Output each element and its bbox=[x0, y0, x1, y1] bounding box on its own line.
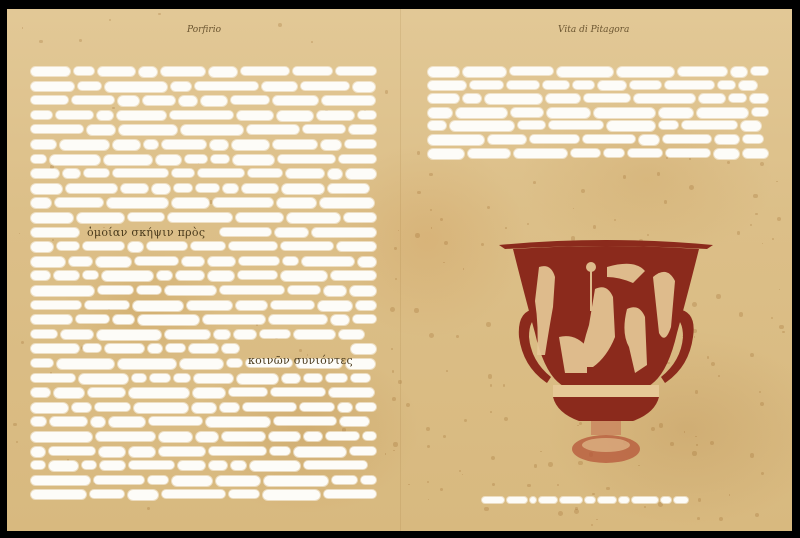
redacted-word bbox=[350, 447, 376, 455]
redacted-text-line bbox=[31, 301, 376, 310]
redacted-word bbox=[174, 374, 190, 382]
redacted-word bbox=[109, 417, 145, 427]
redacted-word bbox=[353, 82, 375, 92]
redacted-word bbox=[250, 461, 300, 471]
redacted-word bbox=[31, 359, 53, 367]
redacted-word bbox=[128, 213, 164, 221]
redacted-word bbox=[674, 497, 688, 503]
redacted-word bbox=[31, 461, 45, 469]
redacted-word bbox=[105, 344, 144, 353]
redacted-word bbox=[134, 403, 188, 413]
redacted-word bbox=[339, 330, 364, 339]
redacted-word bbox=[113, 315, 134, 324]
redacted-word bbox=[31, 490, 86, 499]
redacted-word bbox=[195, 82, 258, 90]
redacted-word bbox=[31, 447, 45, 457]
redacted-word bbox=[530, 135, 579, 143]
redacted-word bbox=[326, 374, 347, 382]
redacted-word bbox=[31, 228, 79, 237]
redacted-word bbox=[269, 432, 300, 441]
redacted-word bbox=[91, 417, 105, 427]
redacted-word bbox=[133, 301, 183, 311]
redacted-word bbox=[263, 490, 320, 500]
redacted-word bbox=[546, 94, 580, 103]
redacted-word bbox=[129, 447, 155, 457]
redacted-word bbox=[303, 125, 345, 133]
redacted-text-line bbox=[31, 184, 376, 193]
redacted-text-line bbox=[428, 67, 768, 76]
redacted-word bbox=[118, 96, 139, 106]
redacted-word bbox=[743, 149, 768, 158]
redacted-word bbox=[192, 403, 216, 413]
redacted-word bbox=[234, 330, 256, 339]
redacted-word bbox=[428, 121, 446, 130]
redacted-word bbox=[161, 67, 205, 76]
redacted-word bbox=[328, 184, 369, 193]
redacted-word bbox=[573, 81, 594, 89]
redacted-word bbox=[511, 108, 543, 117]
redacted-word bbox=[31, 257, 65, 267]
redacted-word bbox=[213, 198, 273, 207]
redacted-word bbox=[129, 461, 174, 469]
redacted-word bbox=[731, 67, 747, 77]
redacted-word bbox=[666, 149, 710, 157]
redacted-word bbox=[139, 67, 157, 77]
redacted-word bbox=[79, 374, 128, 384]
redacted-word bbox=[277, 111, 313, 121]
redacted-word bbox=[312, 228, 376, 237]
redacted-text-line bbox=[31, 330, 376, 339]
redacted-word bbox=[179, 96, 197, 106]
redacted-word bbox=[549, 121, 603, 129]
redacted-word bbox=[229, 388, 267, 396]
redacted-word bbox=[358, 257, 376, 267]
redacted-word bbox=[229, 490, 259, 498]
redacted-word bbox=[239, 257, 279, 265]
redacted-word bbox=[571, 149, 600, 157]
redacted-word bbox=[236, 301, 267, 310]
redacted-word bbox=[60, 140, 109, 150]
redacted-word bbox=[331, 315, 349, 325]
redacted-word bbox=[170, 111, 233, 119]
redacted-word bbox=[332, 476, 357, 484]
redacted-word bbox=[61, 330, 93, 339]
redacted-word bbox=[159, 432, 192, 442]
redacted-word bbox=[557, 67, 613, 77]
redacted-word bbox=[304, 374, 322, 382]
book-spread: Porfirio ὁμοίαν σκήψιν πρὸς κοινῶν συνιό… bbox=[7, 9, 792, 531]
redacted-word bbox=[340, 417, 369, 426]
redacted-word bbox=[113, 140, 140, 150]
redacted-word bbox=[247, 125, 299, 134]
redacted-word bbox=[31, 155, 46, 163]
redacted-word bbox=[57, 242, 79, 250]
redacted-word bbox=[318, 301, 352, 311]
redacted-word bbox=[271, 301, 314, 309]
redacted-word bbox=[236, 213, 283, 222]
redacted-word bbox=[88, 388, 125, 397]
redacted-word bbox=[607, 121, 655, 131]
redacted-word bbox=[619, 497, 629, 503]
redacted-word bbox=[63, 169, 80, 178]
redacted-word bbox=[185, 155, 207, 163]
redacted-word bbox=[148, 476, 168, 484]
redacted-word bbox=[98, 67, 135, 76]
redacted-text-line bbox=[31, 315, 376, 324]
redacted-word bbox=[143, 96, 175, 105]
redacted-word bbox=[275, 228, 308, 237]
redacted-word bbox=[162, 140, 206, 149]
redacted-word bbox=[543, 81, 569, 89]
redacted-word bbox=[150, 374, 170, 382]
redacted-word bbox=[264, 476, 328, 486]
redacted-word bbox=[56, 111, 93, 119]
redacted-word bbox=[138, 315, 199, 325]
redacted-word bbox=[74, 67, 94, 75]
redacted-word bbox=[632, 497, 658, 503]
redacted-word bbox=[715, 135, 739, 144]
right-text-block bbox=[428, 67, 768, 167]
redacted-word bbox=[463, 67, 506, 77]
redacted-word bbox=[344, 213, 376, 222]
redacted-word bbox=[302, 257, 354, 266]
left-page: Porfirio ὁμοίαν σκήψιν πρὸς κοινῶν συνιό… bbox=[7, 9, 400, 531]
redacted-text-line bbox=[428, 81, 768, 90]
redacted-word bbox=[31, 198, 51, 208]
redacted-word bbox=[699, 94, 725, 103]
redacted-word bbox=[104, 155, 152, 165]
running-head-left: Porfirio bbox=[187, 25, 221, 35]
redacted-word bbox=[585, 497, 595, 503]
redacted-word bbox=[85, 301, 129, 309]
redacted-word bbox=[147, 242, 187, 250]
redacted-word bbox=[428, 94, 459, 103]
redacted-word bbox=[274, 417, 336, 425]
redacted-word bbox=[752, 108, 768, 116]
redacted-word bbox=[300, 403, 334, 411]
redacted-word bbox=[428, 135, 484, 145]
redacted-word bbox=[178, 461, 205, 470]
redacted-word bbox=[94, 476, 144, 484]
redacted-word bbox=[361, 476, 376, 484]
redacted-word bbox=[428, 67, 459, 77]
redacted-word bbox=[659, 121, 678, 129]
redacted-word bbox=[363, 432, 376, 440]
redacted-word bbox=[351, 344, 376, 354]
redacted-word bbox=[331, 271, 376, 280]
redacted-word bbox=[129, 388, 189, 398]
redacted-word bbox=[231, 461, 246, 470]
redacted-word bbox=[209, 447, 266, 455]
redacted-word bbox=[135, 257, 178, 265]
redacted-word bbox=[243, 403, 296, 411]
redacted-word bbox=[328, 169, 342, 179]
redacted-word bbox=[149, 417, 202, 425]
caption-line-redacted bbox=[482, 497, 688, 503]
redacted-text-line bbox=[31, 111, 376, 120]
red-figure-krater-icon bbox=[495, 237, 717, 469]
redacted-word bbox=[304, 461, 367, 469]
redacted-word bbox=[105, 82, 167, 92]
redacted-word bbox=[714, 149, 739, 159]
redacted-text-line bbox=[31, 140, 376, 149]
redacted-word bbox=[87, 125, 115, 135]
redacted-word bbox=[248, 169, 282, 177]
redacted-word bbox=[55, 198, 103, 207]
redacted-text-line bbox=[31, 374, 376, 383]
redacted-word bbox=[271, 388, 325, 396]
redacted-text-line bbox=[31, 96, 376, 105]
redacted-text-line bbox=[428, 94, 768, 103]
redacted-word bbox=[137, 286, 161, 294]
redacted-word bbox=[31, 476, 90, 485]
redacted-word bbox=[338, 403, 352, 412]
redacted-word bbox=[187, 301, 232, 310]
redacted-word bbox=[31, 67, 70, 76]
redacted-word bbox=[663, 135, 711, 143]
redacted-word bbox=[100, 461, 125, 470]
redacted-word bbox=[304, 432, 322, 441]
redacted-word bbox=[54, 271, 79, 280]
redacted-word bbox=[165, 330, 210, 339]
redacted-word bbox=[211, 155, 229, 163]
redacted-word bbox=[171, 82, 191, 91]
redacted-word bbox=[31, 301, 81, 309]
redacted-word bbox=[31, 330, 57, 338]
redacted-word bbox=[174, 184, 192, 192]
redacted-word bbox=[31, 432, 92, 442]
running-head-right: Vita di Pitagora bbox=[558, 25, 629, 35]
redacted-word bbox=[584, 94, 630, 102]
redacted-word bbox=[353, 315, 376, 323]
redacted-word bbox=[31, 286, 94, 296]
redacted-word bbox=[69, 257, 92, 266]
redacted-word bbox=[273, 140, 317, 149]
redacted-text-line bbox=[31, 82, 376, 91]
redacted-word bbox=[194, 374, 233, 383]
redacted-word bbox=[630, 81, 661, 89]
redacted-word bbox=[210, 140, 228, 150]
redacted-text-line bbox=[428, 135, 768, 144]
redacted-word bbox=[196, 432, 218, 442]
redacted-word bbox=[514, 149, 567, 158]
redacted-word bbox=[206, 417, 270, 427]
redacted-word bbox=[83, 271, 98, 279]
redacted-word bbox=[282, 374, 300, 383]
redacted-word bbox=[269, 315, 327, 324]
redacted-word bbox=[428, 81, 466, 90]
redacted-word bbox=[227, 359, 242, 367]
redacted-text-line bbox=[428, 149, 768, 158]
redacted-word bbox=[238, 271, 277, 279]
redacted-word bbox=[718, 81, 735, 89]
redacted-word bbox=[57, 359, 114, 369]
redacted-word bbox=[162, 490, 225, 498]
redacted-word bbox=[84, 169, 109, 177]
redacted-word bbox=[50, 155, 100, 165]
redacted-word bbox=[317, 111, 354, 120]
redacted-word bbox=[488, 135, 526, 144]
redacted-word bbox=[470, 81, 503, 89]
redacted-word bbox=[321, 140, 341, 150]
redacted-word bbox=[277, 198, 316, 208]
redacted-text-line bbox=[428, 121, 768, 130]
redacted-word bbox=[172, 169, 194, 177]
redacted-word bbox=[31, 242, 53, 252]
redacted-word bbox=[482, 497, 504, 503]
redacted-text-line bbox=[31, 476, 376, 485]
redacted-word bbox=[119, 125, 177, 135]
redacted-text-line bbox=[31, 198, 376, 207]
redacted-word bbox=[66, 184, 117, 193]
redacted-word bbox=[262, 82, 297, 91]
redacted-word bbox=[463, 94, 481, 103]
redacted-word bbox=[198, 169, 244, 177]
redacted-word bbox=[165, 286, 216, 295]
redacted-word bbox=[358, 111, 376, 119]
redacted-word bbox=[278, 155, 335, 163]
redacted-word bbox=[182, 257, 204, 266]
redacted-text-line bbox=[31, 169, 376, 178]
redacted-word bbox=[191, 242, 225, 250]
redacted-word bbox=[326, 432, 359, 440]
redacted-word bbox=[31, 125, 83, 133]
redacted-word bbox=[283, 257, 298, 265]
redacted-text-line bbox=[31, 490, 376, 499]
redacted-word bbox=[428, 149, 464, 159]
redacted-word bbox=[739, 81, 757, 90]
redacted-word bbox=[152, 184, 170, 194]
redacted-word bbox=[31, 140, 56, 149]
redacted-word bbox=[78, 82, 101, 90]
redacted-word bbox=[349, 125, 376, 134]
redacted-text-line bbox=[31, 271, 376, 280]
redacted-word bbox=[232, 140, 269, 150]
redacted-word bbox=[98, 286, 133, 294]
redacted-word bbox=[209, 461, 227, 470]
redacted-word bbox=[485, 94, 542, 104]
redacted-word bbox=[604, 149, 624, 157]
redacted-word bbox=[222, 344, 239, 353]
redacted-word bbox=[31, 315, 72, 324]
redacted-word bbox=[507, 497, 527, 503]
redacted-word bbox=[82, 461, 96, 469]
redacted-word bbox=[598, 81, 626, 90]
redacted-word bbox=[157, 271, 172, 280]
redacted-word bbox=[31, 417, 46, 426]
redacted-word bbox=[507, 81, 539, 89]
redacted-word bbox=[351, 374, 370, 382]
redacted-word bbox=[220, 286, 284, 294]
redacted-word bbox=[628, 149, 662, 157]
redacted-word bbox=[172, 476, 212, 486]
redacted-text-line bbox=[31, 257, 376, 266]
redacted-word bbox=[329, 388, 374, 397]
redacted-word bbox=[31, 403, 68, 413]
redacted-word bbox=[176, 271, 204, 280]
redacted-word bbox=[99, 447, 125, 457]
redacted-word bbox=[166, 344, 185, 352]
redacted-word bbox=[72, 96, 114, 104]
redacted-word bbox=[201, 96, 227, 106]
redacted-word bbox=[172, 198, 209, 208]
redacted-word bbox=[31, 82, 74, 91]
redacted-word bbox=[31, 374, 75, 382]
redacted-word bbox=[336, 67, 376, 75]
redacted-word bbox=[530, 497, 536, 503]
redacted-word bbox=[128, 242, 143, 252]
redacted-word bbox=[350, 286, 376, 296]
redacted-word bbox=[743, 135, 763, 143]
redacted-word bbox=[220, 403, 239, 412]
redacted-word bbox=[260, 330, 290, 338]
redacted-word bbox=[156, 155, 181, 165]
redacted-text-line bbox=[31, 461, 376, 470]
redacted-word bbox=[237, 374, 278, 384]
redacted-word bbox=[241, 67, 289, 75]
redacted-word bbox=[113, 169, 168, 177]
redacted-word bbox=[229, 242, 277, 250]
redacted-word bbox=[281, 242, 333, 250]
redacted-word bbox=[547, 108, 590, 118]
redacted-text-line bbox=[31, 403, 376, 412]
left-text-block bbox=[31, 67, 376, 507]
redacted-word bbox=[270, 447, 290, 455]
redacted-word bbox=[180, 359, 223, 369]
redacted-word bbox=[49, 447, 95, 455]
redacted-word bbox=[95, 403, 130, 411]
redacted-word bbox=[468, 149, 510, 158]
redacted-word bbox=[320, 198, 374, 208]
redacted-word bbox=[96, 257, 131, 267]
redacted-word bbox=[83, 344, 101, 352]
redacted-word bbox=[345, 140, 376, 148]
redacted-text-line bbox=[31, 286, 376, 295]
redacted-word bbox=[456, 108, 507, 118]
redacted-text-line bbox=[31, 388, 376, 397]
redacted-word bbox=[237, 111, 273, 120]
redacted-word bbox=[242, 184, 278, 193]
redacted-word bbox=[50, 417, 87, 426]
redacted-text-line bbox=[31, 344, 376, 353]
redacted-word bbox=[181, 125, 243, 135]
redacted-word bbox=[31, 169, 59, 178]
redacted-word bbox=[634, 94, 695, 103]
redacted-word bbox=[189, 344, 218, 353]
redacted-word bbox=[282, 184, 324, 194]
redacted-text-line bbox=[31, 125, 376, 134]
redacted-word bbox=[31, 271, 50, 280]
redacted-word bbox=[281, 271, 327, 281]
redacted-text-line bbox=[31, 213, 376, 222]
redacted-word bbox=[96, 432, 155, 441]
redacted-word bbox=[31, 184, 62, 194]
redacted-word bbox=[301, 82, 349, 90]
redacted-word bbox=[356, 301, 376, 310]
redacted-word bbox=[117, 111, 166, 120]
redacted-word bbox=[77, 213, 124, 223]
redacted-word bbox=[209, 67, 237, 77]
redacted-word bbox=[97, 330, 161, 340]
redacted-word bbox=[121, 184, 148, 193]
redacted-text-line bbox=[31, 417, 376, 426]
redacted-word bbox=[294, 447, 346, 457]
redacted-word bbox=[97, 111, 113, 120]
redacted-word bbox=[617, 67, 674, 77]
redacted-word bbox=[72, 403, 91, 412]
redacted-word bbox=[144, 140, 158, 149]
redacted-word bbox=[31, 96, 68, 104]
